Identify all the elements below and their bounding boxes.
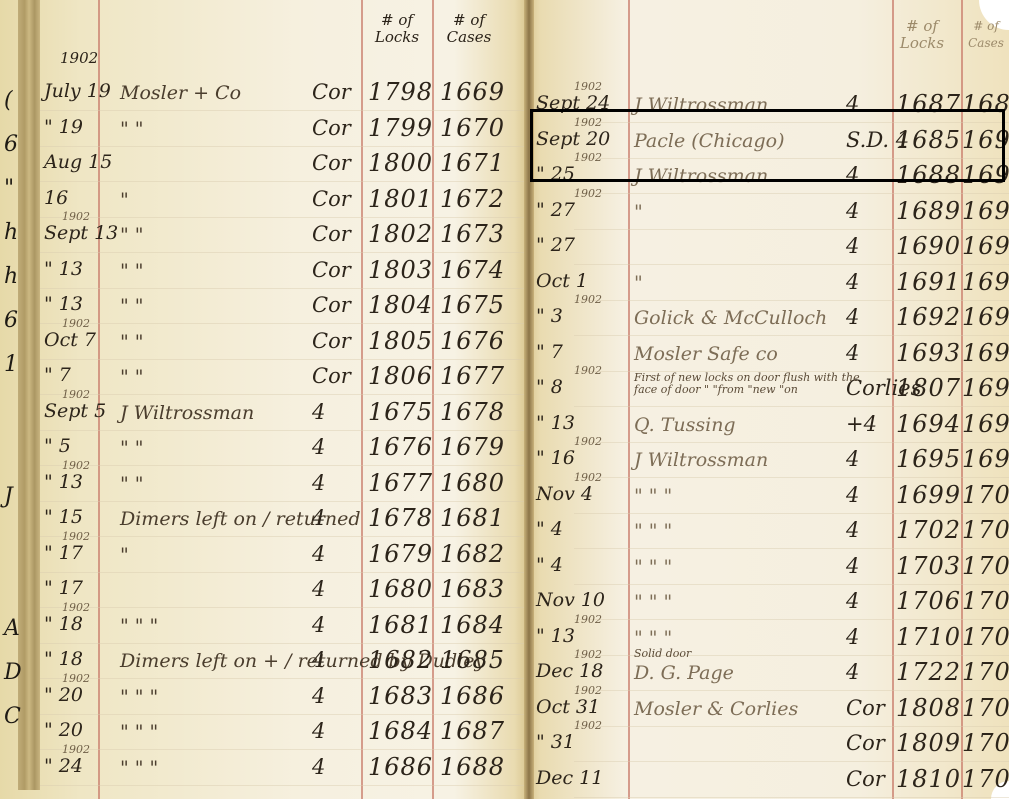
- entry-case-number: 1675: [440, 291, 505, 319]
- ledger-row: " 13Q. Tussing+416941698: [534, 412, 1009, 446]
- entry-date: Aug 15: [44, 151, 112, 173]
- entry-date: " 13: [536, 412, 575, 434]
- entry-date: " 27: [536, 199, 575, 221]
- ruled-line: [574, 300, 1009, 301]
- entry-name: Mosler Safe co: [634, 343, 778, 365]
- ruled-line: [574, 264, 1009, 265]
- ruled-line: [574, 690, 1009, 691]
- entry-quantity: Cor: [312, 364, 351, 388]
- entry-case-number: 1680: [440, 469, 505, 497]
- entry-date: Dec 18: [536, 660, 603, 682]
- ruled-line: [40, 430, 524, 431]
- entry-name: ": [634, 201, 643, 223]
- ledger-row: 1902Oct 7" "Cor18051676: [0, 329, 524, 363]
- entry-case-number: 1695: [962, 303, 1009, 331]
- entry-lock-number: 1694: [896, 410, 961, 438]
- ruled-line: [574, 548, 1009, 549]
- ledger-row: " 4" " "417021701: [534, 518, 1009, 552]
- entry-quantity: Cor: [312, 187, 351, 211]
- entry-name: ": [120, 189, 129, 211]
- ruled-line: [40, 323, 524, 324]
- ledger-row: 1902" 27"416891692: [534, 199, 1009, 233]
- entry-lock-number: 1810: [896, 765, 961, 793]
- entry-lock-number: 1806: [368, 362, 433, 390]
- entry-quantity: 4: [846, 483, 859, 507]
- entry-quantity: 4: [846, 518, 859, 542]
- entry-year: 1902: [574, 435, 602, 448]
- entry-quantity: 4: [846, 341, 859, 365]
- entry-lock-number: 1682: [368, 646, 433, 674]
- entry-lock-number: 1702: [896, 516, 961, 544]
- entry-case-number: 1687: [440, 717, 505, 745]
- entry-quantity: 4: [312, 684, 325, 708]
- entry-lock-number: 1677: [368, 469, 433, 497]
- entry-date: " 4: [536, 554, 563, 576]
- entry-case-number: 1704: [962, 623, 1009, 651]
- entry-date: " 20: [44, 684, 83, 706]
- left-header-year: 1902: [60, 50, 98, 67]
- highlighted-entry-box: [530, 109, 1005, 182]
- entry-case-number: 1682: [440, 540, 505, 568]
- ledger-row: " 7Mosler Safe co416931696: [534, 341, 1009, 375]
- entry-date: " 17: [44, 577, 83, 599]
- margin-mark: h: [4, 220, 18, 245]
- entry-lock-number: 1691: [896, 268, 961, 296]
- right-header-cases: # of Cases: [962, 18, 1009, 52]
- entry-name: " ": [120, 260, 144, 282]
- entry-case-number: 1669: [440, 78, 505, 106]
- entry-lock-number: 1681: [368, 611, 433, 639]
- ruled-line: [574, 584, 1009, 585]
- entry-case-number: 1699: [962, 445, 1009, 473]
- entry-quantity: Cor: [312, 116, 351, 140]
- ruled-line: [40, 217, 524, 218]
- ruled-line: [40, 146, 524, 147]
- entry-case-number: 1676: [440, 327, 505, 355]
- entry-year: 1902: [574, 364, 602, 377]
- entry-case-number: 1701: [962, 516, 1009, 544]
- entry-quantity: 4: [312, 542, 325, 566]
- entry-lock-number: 1675: [368, 398, 433, 426]
- entry-quantity: 4: [312, 719, 325, 743]
- ledger-row: " 13" "Cor18031674: [0, 258, 524, 292]
- entry-lock-number: 1679: [368, 540, 433, 568]
- ledger-row: 1902" 16J Wiltrossman416951699: [534, 447, 1009, 481]
- entry-name: Mosler + Co: [120, 82, 241, 104]
- entry-date: " 17: [44, 542, 83, 564]
- entry-date: " 18: [44, 648, 83, 670]
- margin-mark: 6: [4, 132, 18, 157]
- entry-case-number: 1702: [962, 552, 1009, 580]
- entry-date: " 13: [536, 625, 575, 647]
- entry-date: " 13: [44, 471, 83, 493]
- entry-case-number: 1681: [440, 504, 505, 532]
- entry-case-number: 1677: [440, 362, 505, 390]
- ruled-line: [574, 726, 1009, 727]
- entry-lock-number: 1710: [896, 623, 961, 651]
- entry-lock-number: 1693: [896, 339, 961, 367]
- ledger-row: Oct 1"416911694: [534, 270, 1009, 304]
- entry-date: Oct 1: [536, 270, 588, 292]
- entry-case-number: 1693: [962, 232, 1009, 260]
- entry-case-number: 1706: [962, 694, 1009, 722]
- entry-name: ": [634, 272, 643, 294]
- entry-lock-number: 1676: [368, 433, 433, 461]
- entry-name: " " ": [120, 721, 158, 743]
- entry-lock-number: 1684: [368, 717, 433, 745]
- entry-quantity: 4: [846, 234, 859, 258]
- entry-case-number: 1671: [440, 149, 505, 177]
- ruled-line: [40, 501, 524, 502]
- entry-date: " 31: [536, 731, 575, 753]
- ledger-row: 1902Dec 18D. G. Page417221705Solid door: [534, 660, 1009, 694]
- entry-name: " ": [120, 366, 144, 388]
- ledger-scan: 1902 # of Locks # of Cases July 19Mosler…: [0, 0, 1009, 799]
- entry-year: 1902: [574, 719, 602, 732]
- entry-lock-number: 1722: [896, 658, 961, 686]
- entry-quantity: Cor: [312, 329, 351, 353]
- entry-date: " 15: [44, 506, 83, 528]
- margin-mark: 1: [4, 352, 18, 377]
- entry-date: Nov 10: [536, 589, 605, 611]
- ruled-line: [574, 477, 1009, 478]
- entry-quantity: 4: [312, 613, 325, 637]
- ruled-line: [40, 749, 524, 750]
- entry-name: ": [120, 544, 129, 566]
- entry-lock-number: 1809: [896, 729, 961, 757]
- entry-lock-number: 1804: [368, 291, 433, 319]
- entry-date: " 27: [536, 234, 575, 256]
- entry-date: " 24: [44, 755, 83, 777]
- entry-note: First of new locks on door flush with th…: [634, 372, 884, 396]
- entry-lock-number: 1692: [896, 303, 961, 331]
- entry-quantity: Cor: [312, 258, 351, 282]
- ruled-line: [40, 252, 524, 253]
- entry-name: J Wiltrossman: [634, 449, 768, 471]
- entry-quantity: 4: [312, 577, 325, 601]
- entry-date: Oct 7: [44, 329, 96, 351]
- entry-date: " 3: [536, 305, 563, 327]
- entry-name: " ": [120, 473, 144, 495]
- margin-mark: ": [4, 176, 14, 201]
- margin-mark: A: [4, 616, 20, 641]
- entry-name: Golick & McCulloch: [634, 307, 827, 329]
- entry-name: " " ": [120, 615, 158, 637]
- left-header-cases: # of Cases: [436, 12, 502, 46]
- entry-date: " 13: [44, 293, 83, 315]
- ledger-row: Nov 10" " "417061703: [534, 589, 1009, 623]
- entry-year: 1902: [574, 187, 602, 200]
- entry-case-number: 1705: [962, 658, 1009, 686]
- entry-case-number: 1703: [962, 587, 1009, 615]
- entry-case-number: 1697: [962, 374, 1009, 402]
- ruled-line: [40, 678, 524, 679]
- entry-case-number: 1700: [962, 481, 1009, 509]
- ledger-row: " 19" "Cor17991670: [0, 116, 524, 150]
- entry-case-number: 1686: [440, 682, 505, 710]
- ledger-row: " 27416901693: [534, 234, 1009, 268]
- entry-date: " 7: [44, 364, 71, 386]
- ledger-row: 1902Oct 31Mosler & CorliesCor18081706: [534, 696, 1009, 730]
- entry-lock-number: 1690: [896, 232, 961, 260]
- ruled-line: [40, 785, 524, 786]
- entry-date: " 19: [44, 116, 83, 138]
- entry-quantity: 4: [312, 471, 325, 495]
- entry-quantity: 4: [846, 589, 859, 613]
- ledger-row: 1902Nov 4" " "416991700: [534, 483, 1009, 517]
- entry-date: " 18: [44, 613, 83, 635]
- entry-lock-number: 1800: [368, 149, 433, 177]
- entry-case-number: 1707: [962, 729, 1009, 757]
- entry-name: Q. Tussing: [634, 414, 736, 436]
- entry-date: " 16: [536, 447, 575, 469]
- entry-case-number: 1708: [962, 765, 1009, 793]
- ledger-row: 1902" 18" " "416811684: [0, 613, 524, 647]
- entry-quantity: 4: [312, 400, 325, 424]
- entry-quantity: 4: [846, 554, 859, 578]
- ruled-line: [40, 359, 524, 360]
- entry-case-number: 1670: [440, 114, 505, 142]
- entry-case-number: 1698: [962, 410, 1009, 438]
- margin-mark: h: [4, 264, 18, 289]
- entry-year: 1902: [574, 613, 602, 626]
- margin-mark: (: [4, 88, 13, 113]
- ruled-line: [40, 643, 524, 644]
- ledger-row: July 19Mosler + CoCor17981669: [0, 80, 524, 114]
- entry-case-number: 1683: [440, 575, 505, 603]
- margin-mark: J: [4, 484, 13, 509]
- entry-date: Sept 13: [44, 222, 118, 244]
- entry-case-number: 1684: [440, 611, 505, 639]
- ledger-row: 1902" 17"416791682: [0, 542, 524, 576]
- entry-lock-number: 1703: [896, 552, 961, 580]
- entry-lock-number: 1805: [368, 327, 433, 355]
- entry-lock-number: 1798: [368, 78, 433, 106]
- entry-name: " ": [120, 224, 144, 246]
- ruled-line: [40, 607, 524, 608]
- left-header-locks: # of Locks: [364, 12, 430, 46]
- entry-lock-number: 1678: [368, 504, 433, 532]
- entry-name: " " ": [634, 556, 672, 578]
- entry-lock-number: 1699: [896, 481, 961, 509]
- entry-quantity: 4: [312, 435, 325, 459]
- entry-lock-number: 1808: [896, 694, 961, 722]
- right-header-locks: # of Locks: [892, 18, 952, 52]
- entry-date: " 13: [44, 258, 83, 280]
- ruled-line: [574, 513, 1009, 514]
- entry-name: J Wiltrossman: [120, 402, 254, 424]
- entry-date: Nov 4: [536, 483, 593, 505]
- entry-name: " ": [120, 118, 144, 140]
- ruled-line: [40, 288, 524, 289]
- entry-lock-number: 1683: [368, 682, 433, 710]
- ruled-line: [40, 110, 524, 111]
- entry-date: 16: [44, 187, 68, 209]
- entry-year: 1902: [574, 293, 602, 306]
- entry-quantity: 4: [846, 447, 859, 471]
- entry-lock-number: 1680: [368, 575, 433, 603]
- entry-lock-number: 1801: [368, 185, 433, 213]
- entry-name: " " ": [634, 591, 672, 613]
- ledger-row: 1902" 13" "416771680: [0, 471, 524, 505]
- entry-case-number: 1672: [440, 185, 505, 213]
- ruled-line: [574, 442, 1009, 443]
- entry-name: Mosler & Corlies: [634, 698, 798, 720]
- entry-quantity: 4: [846, 199, 859, 223]
- ruled-line: [40, 714, 524, 715]
- entry-case-number: 1688: [440, 753, 505, 781]
- ledger-row: 1902" 3Golick & McCulloch416921695: [534, 305, 1009, 339]
- entry-date: " 7: [536, 341, 563, 363]
- entry-name: " " ": [120, 757, 158, 779]
- ledger-row: Aug 15Cor18001671: [0, 151, 524, 185]
- entry-name: " ": [120, 295, 144, 317]
- entry-quantity: Cor: [846, 767, 885, 791]
- entry-quantity: Cor: [846, 696, 885, 720]
- margin-mark: C: [4, 704, 21, 729]
- entry-name: " ": [120, 331, 144, 353]
- entry-quantity: 4: [846, 625, 859, 649]
- entry-lock-number: 1686: [368, 753, 433, 781]
- entry-quantity: Cor: [312, 293, 351, 317]
- ruled-line: [574, 193, 1009, 194]
- ruled-line: [574, 406, 1009, 407]
- entry-date: Sept 5: [44, 400, 106, 422]
- entry-quantity: Cor: [846, 731, 885, 755]
- entry-name: " " ": [120, 686, 158, 708]
- entry-case-number: 1694: [962, 268, 1009, 296]
- entry-lock-number: 1695: [896, 445, 961, 473]
- entry-date: " 20: [44, 719, 83, 741]
- ruled-line: [40, 572, 524, 573]
- entry-note: Solid door: [634, 648, 884, 660]
- ledger-row: Dec 11Cor18101708: [534, 767, 1009, 799]
- entry-date: " 5: [44, 435, 71, 457]
- entry-case-number: 1673: [440, 220, 505, 248]
- ledger-row: 1902" 20" " "416831686: [0, 684, 524, 718]
- entry-lock-number: 1706: [896, 587, 961, 615]
- ruled-line: [574, 797, 1009, 798]
- entry-case-number: 1696: [962, 339, 1009, 367]
- ledger-row: 1902Sept 5J Wiltrossman416751678: [0, 400, 524, 434]
- ruled-line: [40, 536, 524, 537]
- entry-quantity: Cor: [312, 80, 351, 104]
- ruled-line: [574, 619, 1009, 620]
- entry-quantity: 4: [312, 648, 325, 672]
- entry-date: Oct 31: [536, 696, 600, 718]
- ruled-line: [40, 465, 524, 466]
- entry-quantity: 4: [312, 755, 325, 779]
- ruled-line: [574, 229, 1009, 230]
- entry-quantity: 4: [312, 506, 325, 530]
- entry-date: Dec 11: [536, 767, 603, 789]
- entry-quantity: +4: [846, 412, 877, 436]
- entry-quantity: Cor: [312, 222, 351, 246]
- entry-case-number: 1674: [440, 256, 505, 284]
- entry-lock-number: 1803: [368, 256, 433, 284]
- entry-quantity: 4: [846, 660, 859, 684]
- ledger-row: 1902" 8Corlies18071697First of new locks…: [534, 376, 1009, 410]
- ruled-line: [574, 335, 1009, 336]
- entry-quantity: 4: [846, 305, 859, 329]
- entry-date: " 4: [536, 518, 563, 540]
- left-page: 1902 # of Locks # of Cases July 19Mosler…: [0, 0, 524, 799]
- ledger-row: 1902Sept 13" "Cor18021673: [0, 222, 524, 256]
- ruled-line: [574, 761, 1009, 762]
- margin-mark: 6: [4, 308, 18, 333]
- margin-mark: D: [4, 660, 22, 685]
- entry-lock-number: 1802: [368, 220, 433, 248]
- entry-name: " " ": [634, 485, 672, 507]
- entry-quantity: Cor: [312, 151, 351, 175]
- entry-lock-number: 1689: [896, 197, 961, 225]
- entry-name: " ": [120, 437, 144, 459]
- ruled-line: [40, 394, 524, 395]
- entry-name: " " ": [634, 627, 672, 649]
- entry-case-number: 1678: [440, 398, 505, 426]
- entry-date: " 8: [536, 376, 563, 398]
- entry-case-number: 1692: [962, 197, 1009, 225]
- entry-name: D. G. Page: [634, 662, 734, 684]
- ledger-row: 1902" 31Cor18091707: [534, 731, 1009, 765]
- entry-quantity: 4: [846, 270, 859, 294]
- ruled-line: [40, 181, 524, 182]
- ledger-row: 1902" 24" " "416861688: [0, 755, 524, 789]
- entry-lock-number: 1799: [368, 114, 433, 142]
- entry-case-number: 1685: [440, 646, 505, 674]
- ledger-row: " 4" " "417031702: [534, 554, 1009, 588]
- entry-date: July 19: [44, 80, 111, 102]
- entry-lock-number: 1807: [896, 374, 961, 402]
- entry-case-number: 1679: [440, 433, 505, 461]
- entry-name: " " ": [634, 520, 672, 542]
